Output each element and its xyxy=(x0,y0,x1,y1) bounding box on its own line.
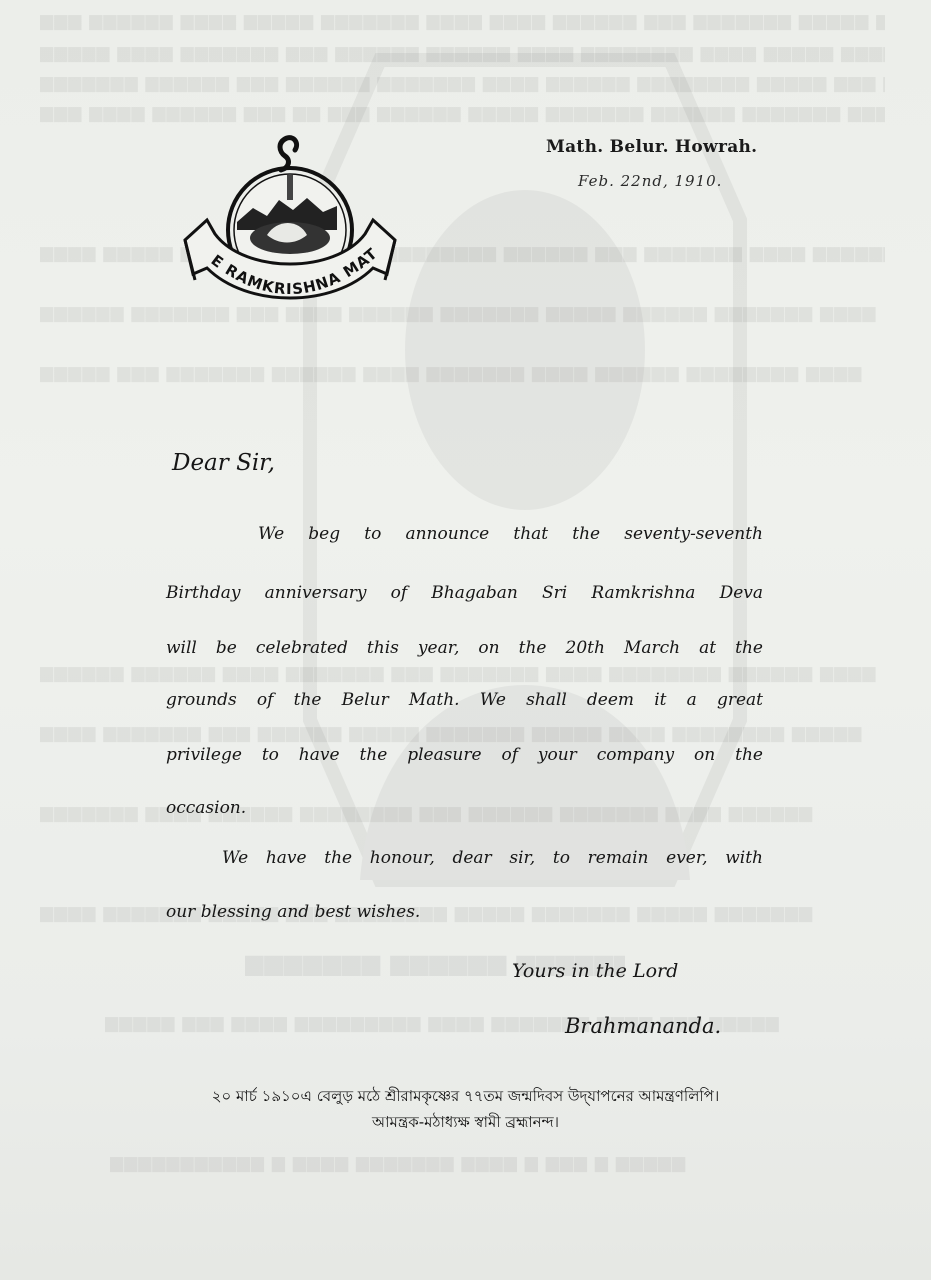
caption-line-2: আমন্ত্রক-মঠাধ্যক্ষ স্বামী ব্রহ্মানন্দ। xyxy=(0,1111,931,1136)
paragraph-line: our blessing and best wishes. xyxy=(166,902,763,922)
paragraph-line: privilege to have the pleasure of your c… xyxy=(166,745,763,765)
paragraph-line: We beg to announce that the seventy-seve… xyxy=(258,524,763,544)
signature: Brahmananda. xyxy=(565,1014,721,1038)
paragraph-line: occasion. xyxy=(166,798,763,818)
caption-line-1: ২০ মার্চ ১৯১০এ বেলুড় মঠে শ্রীরামকৃষ্ণের… xyxy=(0,1085,931,1110)
letter-date: Feb. 22nd, 1910. xyxy=(578,172,722,190)
bleed-through-text: ▆▆▆▆▆▆▆▆▆▆▆ ▆ ▆▆▆▆ ▆▆▆▆▆▆▆ ▆▆▆▆ ▆ ▆▆▆ ▆ … xyxy=(110,1150,810,1176)
paragraph-line: will be celebrated this year, on the 20t… xyxy=(166,638,763,658)
paragraph-line: Birthday anniversary of Bhagaban Sri Ram… xyxy=(166,583,763,603)
paragraph-line: grounds of the Belur Math. We shall deem… xyxy=(166,690,763,710)
closing: Yours in the Lord xyxy=(512,960,678,982)
ramkrishna-math-emblem: THE RAMKRISHNA MATH xyxy=(175,130,405,320)
scanned-page: ▆▆▆ ▆▆▆▆▆▆ ▆▆▆▆ ▆▆▆▆▆ ▆▆▆▆▆▆▆ ▆▆▆▆ ▆▆▆▆ … xyxy=(0,0,931,1280)
paragraph-line: We have the honour, dear sir, to remain … xyxy=(222,848,763,868)
letterhead-address: Math. Belur. Howrah. xyxy=(546,137,757,157)
salutation: Dear Sir, xyxy=(172,450,275,476)
